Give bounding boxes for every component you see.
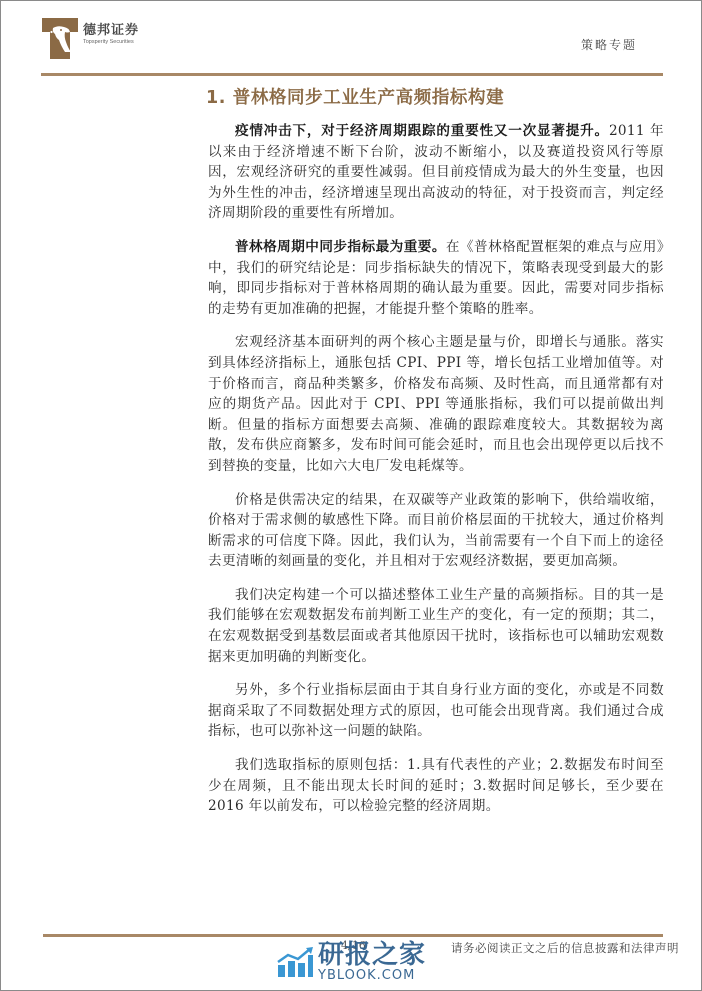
paragraph-1: 疫情冲击下，对于经济周期跟踪的重要性又一次显著提升。2011 年以来由于经济增速… [208,121,664,224]
logo-animal-icon [50,24,72,54]
body-text: 疫情冲击下，对于经济周期跟踪的重要性又一次显著提升。2011 年以来由于经济增速… [208,121,664,830]
watermark: 研报之家 YBLOOK.COM [276,941,426,983]
watermark-en: YBLOOK.COM [318,969,426,983]
paragraph-4: 价格是供需决定的结果，在双碳等产业政策的影响下，供给端收缩，价格对于需求侧的敏感… [208,490,664,572]
brand-name-en: Topsperity Securities [83,38,139,46]
paragraph-5: 我们决定构建一个可以描述整体工业生产量的高频指标。目的其一是我们能够在宏观数据发… [208,585,664,667]
paragraph-3-text: 宏观经济基本面研判的两个核心主题是量与价，即增长与通胀。落实到具体经济指标上，通… [208,334,664,474]
rising-chart-icon [276,947,314,977]
paragraph-6-text: 另外，多个行业指标层面由于其自身行业方面的变化，亦或是不同数据商采取了不同数据处… [208,682,664,739]
company-logo-icon [42,18,78,59]
paragraph-5-text: 我们决定构建一个可以描述整体工业生产量的高频指标。目的其一是我们能够在宏观数据发… [208,587,664,665]
brand-name-cn: 德邦证券 [83,23,139,38]
paragraph-4-text: 价格是供需决定的结果，在双碳等产业政策的影响下，供给端收缩，价格对于需求侧的敏感… [208,492,664,570]
paragraph-2: 普林格周期中同步指标最为重要。在《普林格配置框架的难点与应用》中，我们的研究结论… [208,237,664,319]
report-category-tag: 策略专题 [581,36,637,53]
section-title: 1. 普林格同步工业生产高频指标构建 [206,84,504,109]
footer-divider [43,934,663,937]
paragraph-7: 我们选取指标的原则包括：1.具有代表性的产业；2.数据发布时间至少在周频，且不能… [208,755,664,817]
legal-disclaimer: 请务必阅读正文之后的信息披露和法律声明 [451,940,679,956]
document-page: 德邦证券 Topsperity Securities 策略专题 1. 普林格同步… [0,0,702,991]
paragraph-7-text: 我们选取指标的原则包括：1.具有代表性的产业；2.数据发布时间至少在周频，且不能… [208,757,664,814]
paragraph-2-lead: 普林格周期中同步指标最为重要。 [235,239,446,255]
brand-block: 德邦证券 Topsperity Securities [83,23,139,46]
header-divider [41,73,663,76]
paragraph-1-lead: 疫情冲击下，对于经济周期跟踪的重要性又一次显著提升。 [235,123,609,139]
paragraph-6: 另外，多个行业指标层面由于其自身行业方面的变化，亦或是不同数据商采取了不同数据处… [208,680,664,742]
paragraph-3: 宏观经济基本面研判的两个核心主题是量与价，即增长与通胀。落实到具体经济指标上，通… [208,332,664,476]
watermark-cn: 研报之家 [318,941,426,969]
